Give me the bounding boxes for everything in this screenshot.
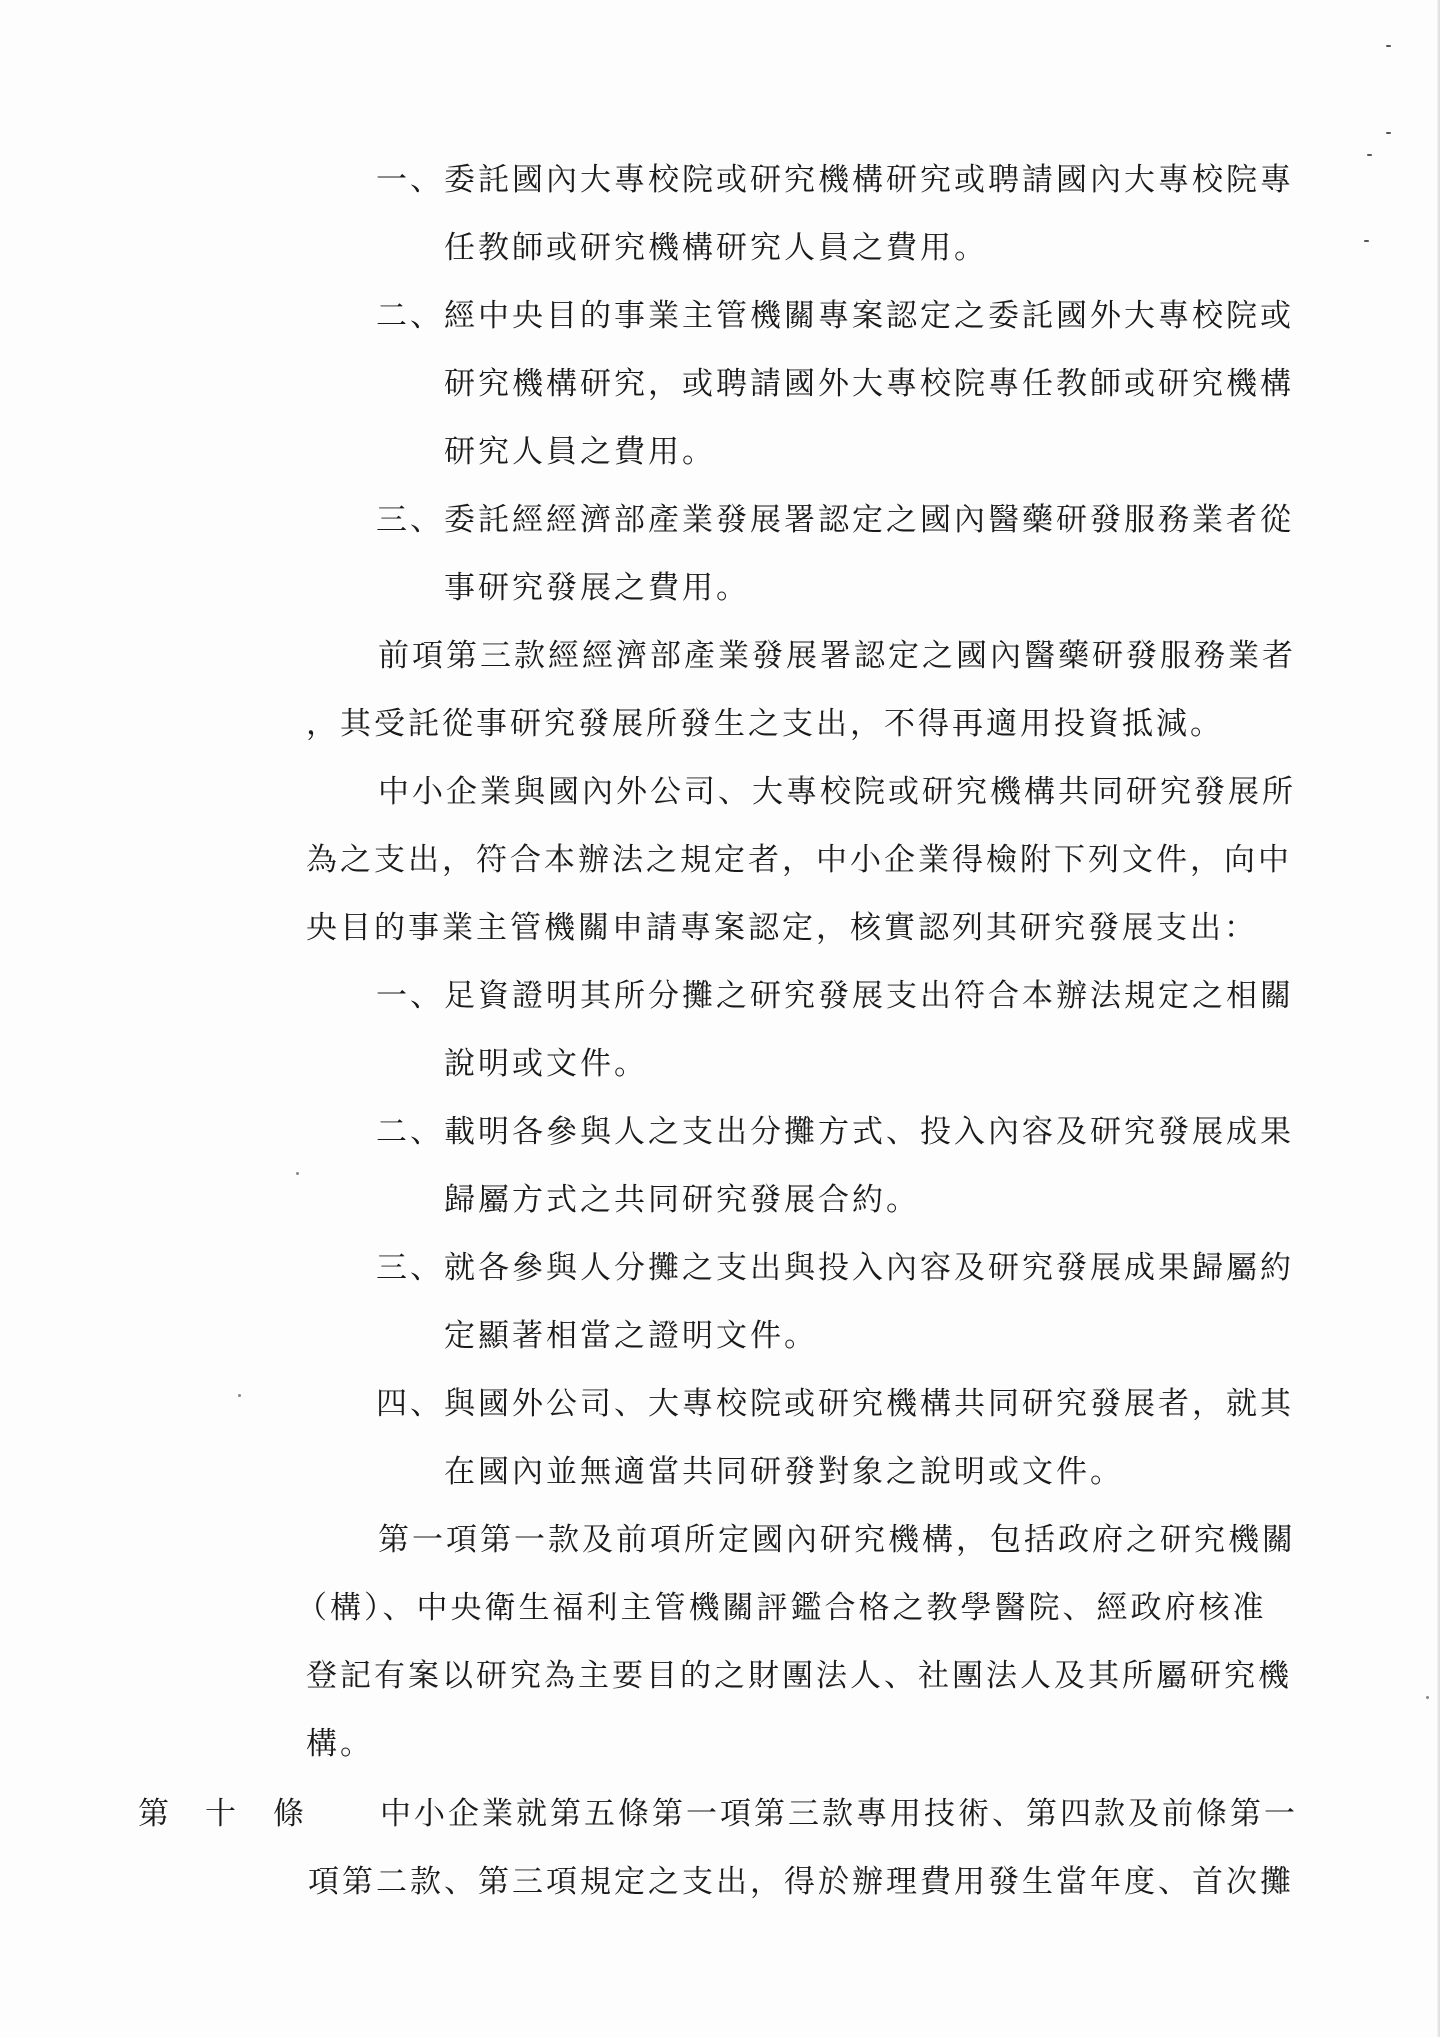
list-item-text: 在國內並無適當共同研發對象之說明或文件。 <box>444 1438 1124 1506</box>
paragraph-text: 第一項第一款及前項所定國內研究機構，包括政府之研究機關 <box>378 1506 1296 1574</box>
list-item-text: 任教師或研究機構研究人員之費用。 <box>444 214 988 282</box>
list-item-marker: 四、 <box>376 1370 444 1438</box>
list-item-marker: 一、 <box>376 962 444 1030</box>
list-item-text: 就各參與人分攤之支出與投入內容及研究發展成果歸屬約 <box>444 1234 1294 1302</box>
list-item-text: 說明或文件。 <box>444 1030 648 1098</box>
list-item-text: 歸屬方式之共同研究發展合約。 <box>444 1166 920 1234</box>
scan-speck <box>1364 240 1369 242</box>
list-item-text: 定顯著相當之證明文件。 <box>444 1302 818 1370</box>
list-item-marker: 三、 <box>376 486 444 554</box>
list-item-text: 足資證明其所分攤之研究發展支出符合本辦法規定之相關 <box>444 962 1294 1030</box>
paragraph-text: （構）、中央衛生福利主管機關評鑑合格之教學醫院、經政府核准 <box>296 1574 1267 1642</box>
paragraph-text: 登記有案以研究為主要目的之財團法人、社團法人及其所屬研究機 <box>306 1642 1292 1710</box>
list-item-text: 委託國內大專校院或研究機構研究或聘請國內大專校院專 <box>444 146 1294 214</box>
scan-speck <box>296 1172 299 1175</box>
scan-speck <box>1386 45 1391 47</box>
paragraph-text: 央目的事業主管機關申請專案認定，核實認列其研究發展支出： <box>306 894 1258 962</box>
scanned-page: 一、 委託國內大專校院或研究機構研究或聘請國內大專校院專 任教師或研究機構研究人… <box>0 0 1440 2037</box>
list-item-text: 與國外公司、大專校院或研究機構共同研究發展者，就其 <box>444 1370 1294 1438</box>
paragraph-text: 為之支出，符合本辦法之規定者，中小企業得檢附下列文件，向中 <box>306 826 1292 894</box>
article-label-char: 第 <box>138 1780 169 1848</box>
list-item-marker: 二、 <box>376 1098 444 1166</box>
scan-speck <box>238 1394 241 1397</box>
list-item-text: 事研究發展之費用。 <box>444 554 750 622</box>
article-label-char: 十 <box>205 1780 236 1848</box>
list-item-text: 研究機構研究，或聘請國外大專校院專任教師或研究機構 <box>444 350 1294 418</box>
list-item-marker: 二、 <box>376 282 444 350</box>
paragraph-text: ，其受託從事研究發展所發生之支出，不得再適用投資抵減。 <box>306 690 1224 758</box>
scan-speck <box>1426 1696 1429 1699</box>
list-item-marker: 三、 <box>376 1234 444 1302</box>
paragraph-text: 構。 <box>306 1710 374 1778</box>
list-item-text: 載明各參與人之支出分攤方式、投入內容及研究發展成果 <box>444 1098 1294 1166</box>
scan-speck <box>1367 154 1372 156</box>
article-label-char: 條 <box>273 1780 304 1848</box>
paragraph-text: 前項第三款經經濟部產業發展署認定之國內醫藥研發服務業者 <box>378 622 1296 690</box>
article-text: 中小企業就第五條第一項第三款專用技術、第四款及前條第一 <box>380 1780 1298 1848</box>
list-item-text: 研究人員之費用。 <box>444 418 716 486</box>
list-item-text: 經中央目的事業主管機關專案認定之委託國外大專校院或 <box>444 282 1294 350</box>
scan-speck <box>1386 132 1391 134</box>
paragraph-text: 中小企業與國內外公司、大專校院或研究機構共同研究發展所 <box>378 758 1296 826</box>
list-item-text: 委託經經濟部產業發展署認定之國內醫藥研發服務業者從 <box>444 486 1294 554</box>
list-item-marker: 一、 <box>376 146 444 214</box>
article-text: 項第二款、第三項規定之支出，得於辦理費用發生當年度、首次攤 <box>308 1848 1294 1916</box>
